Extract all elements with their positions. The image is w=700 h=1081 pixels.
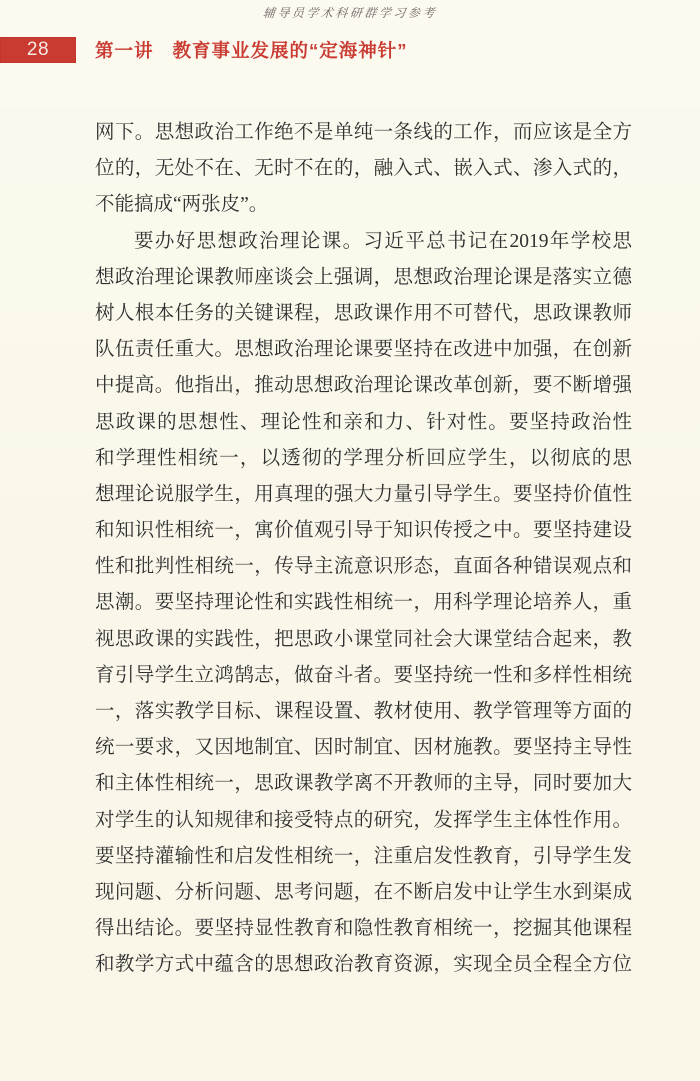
scanned-book-page: { "colors": { "accent_red": "#c93a31", "… bbox=[0, 0, 700, 1081]
text-line: 不能搞成“两张皮”。 bbox=[95, 187, 632, 223]
text-line: 队伍责任重大。思想政治理论课要坚持在改进中加强，在创新 bbox=[95, 332, 632, 368]
page-number: 28 bbox=[27, 39, 49, 61]
text-line: 想政治理论课教师座谈会上强调，思想政治理论课是落实立德 bbox=[95, 260, 632, 296]
text-line: 和学理性相统一，以透彻的学理分析回应学生，以彻底的思 bbox=[95, 441, 632, 477]
text-line: 和知识性相统一，寓价值观引导于知识传授之中。要坚持建设 bbox=[95, 513, 632, 549]
text-line: 和教学方式中蕴含的思想政治教育资源，实现全员全程全方位 bbox=[95, 947, 632, 983]
text-line: 对学生的认知规律和接受特点的研究，发挥学生主体性作用。 bbox=[95, 803, 632, 839]
text-line: 想理论说服学生，用真理的强大力量引导学生。要坚持价值性 bbox=[95, 477, 632, 513]
text-line: 网下。思想政治工作绝不是单纯一条线的工作，而应该是全方 bbox=[95, 115, 632, 151]
text-line: 位的，无处不在、无时不在的，融入式、嵌入式、渗入式的， bbox=[95, 151, 632, 187]
text-line: 要坚持灌输性和启发性相统一，注重启发性教育，引导学生发 bbox=[95, 839, 632, 875]
text-line: 现问题、分析问题、思考问题，在不断启发中让学生水到渠成 bbox=[95, 875, 632, 911]
text-line: 一，落实教学目标、课程设置、教材使用、教学管理等方面的 bbox=[95, 694, 632, 730]
text-line: 育引导学生立鸿鹄志，做奋斗者。要坚持统一性和多样性相统 bbox=[95, 658, 632, 694]
body-text: 网下。思想政治工作绝不是单纯一条线的工作，而应该是全方 位的，无处不在、无时不在… bbox=[95, 115, 632, 984]
text-line: 得出结论。要坚持显性教育和隐性教育相统一，挖掘其他课程 bbox=[95, 911, 632, 947]
text-line: 要办好思想政治理论课。习近平总书记在2019年学校思 bbox=[95, 224, 632, 260]
text-line: 树人根本任务的关键课程，思政课作用不可替代，思政课教师 bbox=[95, 296, 632, 332]
chapter-title: 教育事业发展的“定海神针” bbox=[173, 37, 408, 63]
text-line: 视思政课的实践性，把思政小课堂同社会大课堂结合起来，教 bbox=[95, 622, 632, 658]
text-line: 中提高。他指出，推动思想政治理论课改革创新，要不断增强 bbox=[95, 368, 632, 404]
text-line: 思政课的思想性、理论性和亲和力、针对性。要坚持政治性 bbox=[95, 405, 632, 441]
text-line: 统一要求，又因地制宜、因时制宜、因材施教。要坚持主导性 bbox=[95, 730, 632, 766]
chapter-heading: 第一讲 教育事业发展的“定海神针” bbox=[95, 37, 408, 63]
page-header: 28 第一讲 教育事业发展的“定海神针” bbox=[0, 36, 700, 63]
text-line: 思潮。要坚持理论性和实践性相统一，用科学理论培养人，重 bbox=[95, 585, 632, 621]
study-group-watermark: 辅导员学术科研群学习参考 bbox=[0, 4, 700, 21]
text-line: 和主体性相统一，思政课教学离不开教师的主导，同时要加大 bbox=[95, 766, 632, 802]
chapter-label: 第一讲 bbox=[95, 37, 154, 63]
page-number-badge: 28 bbox=[0, 37, 76, 63]
text-line: 性和批判性相统一，传导主流意识形态，直面各种错误观点和 bbox=[95, 549, 632, 585]
